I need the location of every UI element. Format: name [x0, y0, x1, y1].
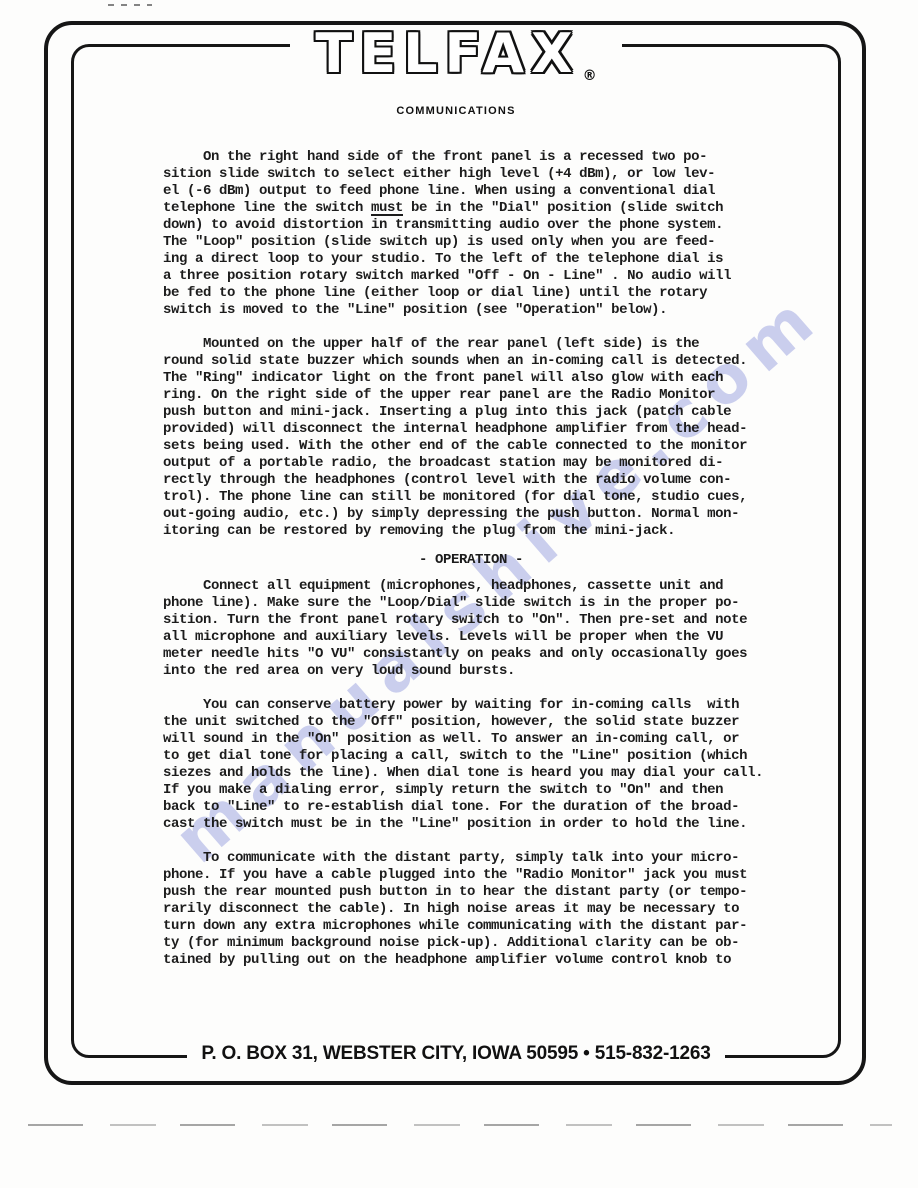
paragraph-front-panel-switch: On the right hand side of the front pane…: [163, 149, 779, 319]
document-page: manualshive.com TELFAX® COMMUNICATIONS O…: [0, 0, 918, 1188]
paragraph-communicate-distant-party: To communicate with the distant party, s…: [163, 850, 779, 969]
logo-subtitle: COMMUNICATIONS: [290, 105, 622, 117]
scan-edge-artifact: [28, 1124, 892, 1126]
must-underline: [371, 214, 403, 216]
brand-line: TELFAX®: [290, 26, 622, 104]
paragraph-connect-equipment: Connect all equipment (microphones, head…: [163, 578, 779, 680]
footer-address: P. O. BOX 31, WEBSTER CITY, IOWA 50595 •…: [187, 1041, 724, 1067]
brand-logo: TELFAX: [315, 22, 579, 85]
paragraph-rear-panel-monitor: Mounted on the upper half of the rear pa…: [163, 336, 779, 540]
operation-heading: - OPERATION -: [163, 552, 779, 569]
document-body: On the right hand side of the front pane…: [163, 149, 779, 969]
scan-speck-artifact: [108, 4, 152, 6]
registered-trademark-icon: ®: [583, 68, 597, 84]
paragraph-battery-power: You can conserve battery power by waitin…: [163, 697, 779, 833]
footer: P. O. BOX 31, WEBSTER CITY, IOWA 50595 •…: [71, 1041, 841, 1067]
logo: TELFAX® COMMUNICATIONS: [290, 26, 622, 100]
